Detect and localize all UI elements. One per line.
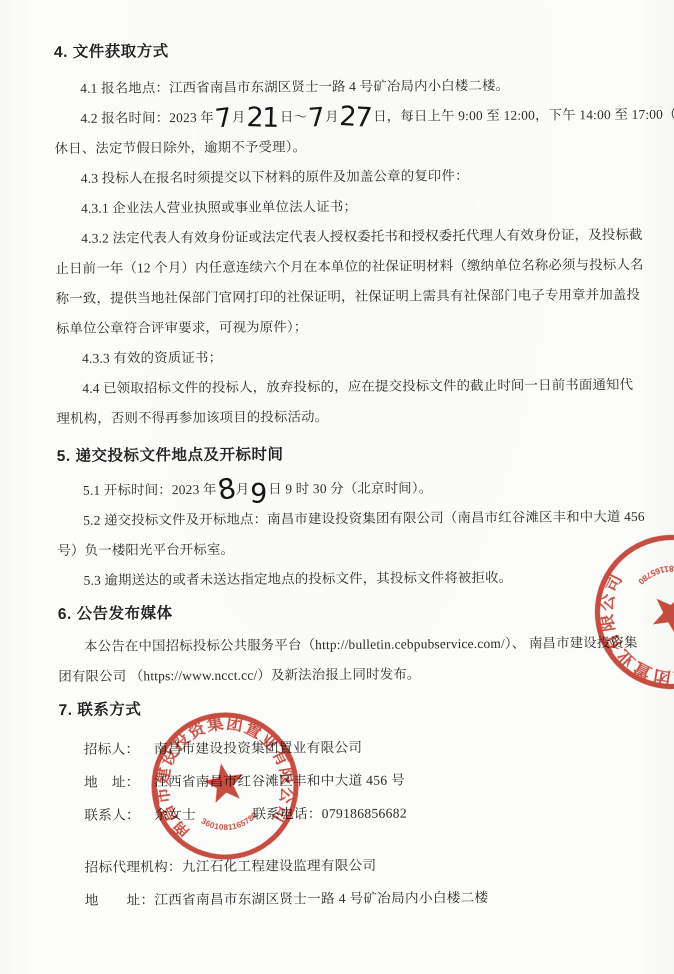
agency-address-row: 地 址：江西省南昌市东湖区贤士一路 4 号矿冶局内小白楼二楼 (60, 880, 653, 917)
text-line: 团有限公司 （https://www.ncct.cc/）及新法治报上同时发布。 (58, 658, 651, 692)
handwritten-day: 21 (246, 104, 278, 132)
section-4-heading: 4. 文件获取方式 (54, 38, 647, 64)
address-label: 地 址： (84, 765, 154, 798)
text-line: 4.3.3 有效的资质证书； (56, 340, 649, 374)
text-line: 止日前一年（12 个月）内任意连续六个月在本单位的社保证明材料（缴纳单位名称必须… (55, 250, 648, 284)
text-line: 4.4 已领取招标文件的投标人，放弃投标的，应在提交投标文件的截止时间一日前书面… (56, 370, 649, 404)
agency-label: 招标代理机构： (85, 859, 182, 875)
address-value: 江西省南昌市东湖区贤士一路 4 号矿冶局内小白楼二楼 (154, 890, 488, 907)
section-5-bid-submission: 5. 递交投标文件地点及开标时间 5.1 开标时间：2023 年8月9日 9 时… (57, 442, 651, 596)
section-6-announcement-media: 6. 公告发布媒体 本公告在中国招标投标公共服务平台（http://bullet… (58, 600, 652, 692)
text-segment: 月 (325, 109, 339, 124)
text-line: 号）负一楼阳光平台开标室。 (57, 532, 650, 566)
text-segment: 4.2 报名时间：2023 年 (80, 110, 214, 126)
handwritten-day: 27 (339, 103, 372, 132)
text-segment: 5.1 开标时间：2023 年 (83, 482, 217, 498)
text-segment: 日 9 时 30 分（北京时间）。 (268, 480, 432, 496)
address-label: 地 址： (85, 892, 155, 907)
bidder-value: 南昌市建设投资集团置业有限公司 (154, 740, 363, 756)
text-line: 5.2 递交投标文件及开标地点：南昌市建设投资集团有限公司（南昌市红谷滩区丰和中… (57, 502, 650, 536)
document-content: 4. 文件获取方式 4.1 报名地点：江西省南昌市东湖区贤士一路 4 号矿冶局内… (0, 0, 674, 917)
text-line: 理机构，否则不得再参加该项目的投标活动。 (56, 400, 649, 434)
section-5-heading: 5. 递交投标文件地点及开标时间 (57, 442, 650, 468)
agency-row: 招标代理机构：九江石化工程建设监理有限公司 (60, 847, 653, 884)
text-line-with-handwriting: 5.1 开标时间：2023 年8月9日 9 时 30 分（北京时间）。 (57, 472, 650, 506)
handwritten-day: 9 (250, 480, 267, 508)
section-7-heading: 7. 联系方式 (58, 696, 651, 722)
handwritten-month: 8 (215, 475, 236, 505)
bidder-address-row: 地 址：江西省南昌市红谷滩区丰和中大道 456 号 (59, 762, 652, 799)
section-4-document-acquisition: 4. 文件获取方式 4.1 报名地点：江西省南昌市东湖区贤士一路 4 号矿冶局内… (54, 38, 650, 434)
text-segment: 日，每日上午 9:00 至 12:00，下午 14:00 至 17:00（公 (373, 107, 674, 124)
address-value: 江西省南昌市红谷滩区丰和中大道 456 号 (154, 773, 405, 790)
text-line: 本公告在中国招标投标公共服务平台（http://bulletin.cebpubs… (58, 628, 651, 662)
scanned-document-page: 4. 文件获取方式 4.1 报名地点：江西省南昌市东湖区贤士一路 4 号矿冶局内… (0, 0, 674, 974)
text-line-with-handwriting: 4.2 报名时间：2023 年7月21日～7月27日，每日上午 9:00 至 1… (54, 100, 647, 134)
handwritten-month: 7 (213, 105, 231, 133)
text-line: 4.3 投标人在报名时须提交以下材料的原件及加盖公章的复印件： (55, 160, 648, 194)
text-segment: 日～ (280, 109, 307, 124)
contact-name: 余女士 (154, 798, 252, 832)
section-7-contact-info: 7. 联系方式 招标人：南昌市建设投资集团置业有限公司 地 址：江西省南昌市红谷… (58, 696, 653, 917)
text-line: 休日、法定节假日除外，逾期不予受理）。 (55, 130, 648, 164)
section-6-heading: 6. 公告发布媒体 (58, 600, 651, 626)
text-line: 标单位公章符合评审要求，可视为原件）； (56, 310, 649, 344)
text-line: 4.1 报名地点：江西省南昌市东湖区贤士一路 4 号矿冶局内小白楼二楼。 (54, 70, 647, 104)
phone-label: 联系电话： (252, 806, 322, 821)
text-segment: 月 (236, 482, 250, 497)
text-segment: 月 (232, 110, 246, 125)
text-line: 称一致，提供当地社保部门官网打印的社保证明，社保证明上需具有社保部门电子专用章并… (56, 280, 649, 314)
bidder-row: 招标人：南昌市建设投资集团置业有限公司 (59, 729, 652, 766)
handwritten-month: 7 (307, 105, 324, 132)
phone-value: 079186856682 (322, 806, 407, 822)
text-line: 5.3 逾期送达的或者未送达指定地点的投标文件，其投标文件将被拒收。 (58, 562, 651, 596)
contact-label: 联系人： (84, 798, 154, 831)
text-line: 4.3.1 企业法人营业执照或事业单位法人证书； (55, 190, 648, 224)
contact-person-row: 联系人：余女士联系电话：079186856682 (59, 795, 652, 832)
agency-value: 九江石化工程建设监理有限公司 (182, 858, 377, 874)
bidder-label: 招标人： (84, 732, 154, 765)
text-line: 4.3.2 法定代表人有效身份证或法定代表人授权委托书和授权委托代理人有效身份证… (55, 220, 648, 254)
